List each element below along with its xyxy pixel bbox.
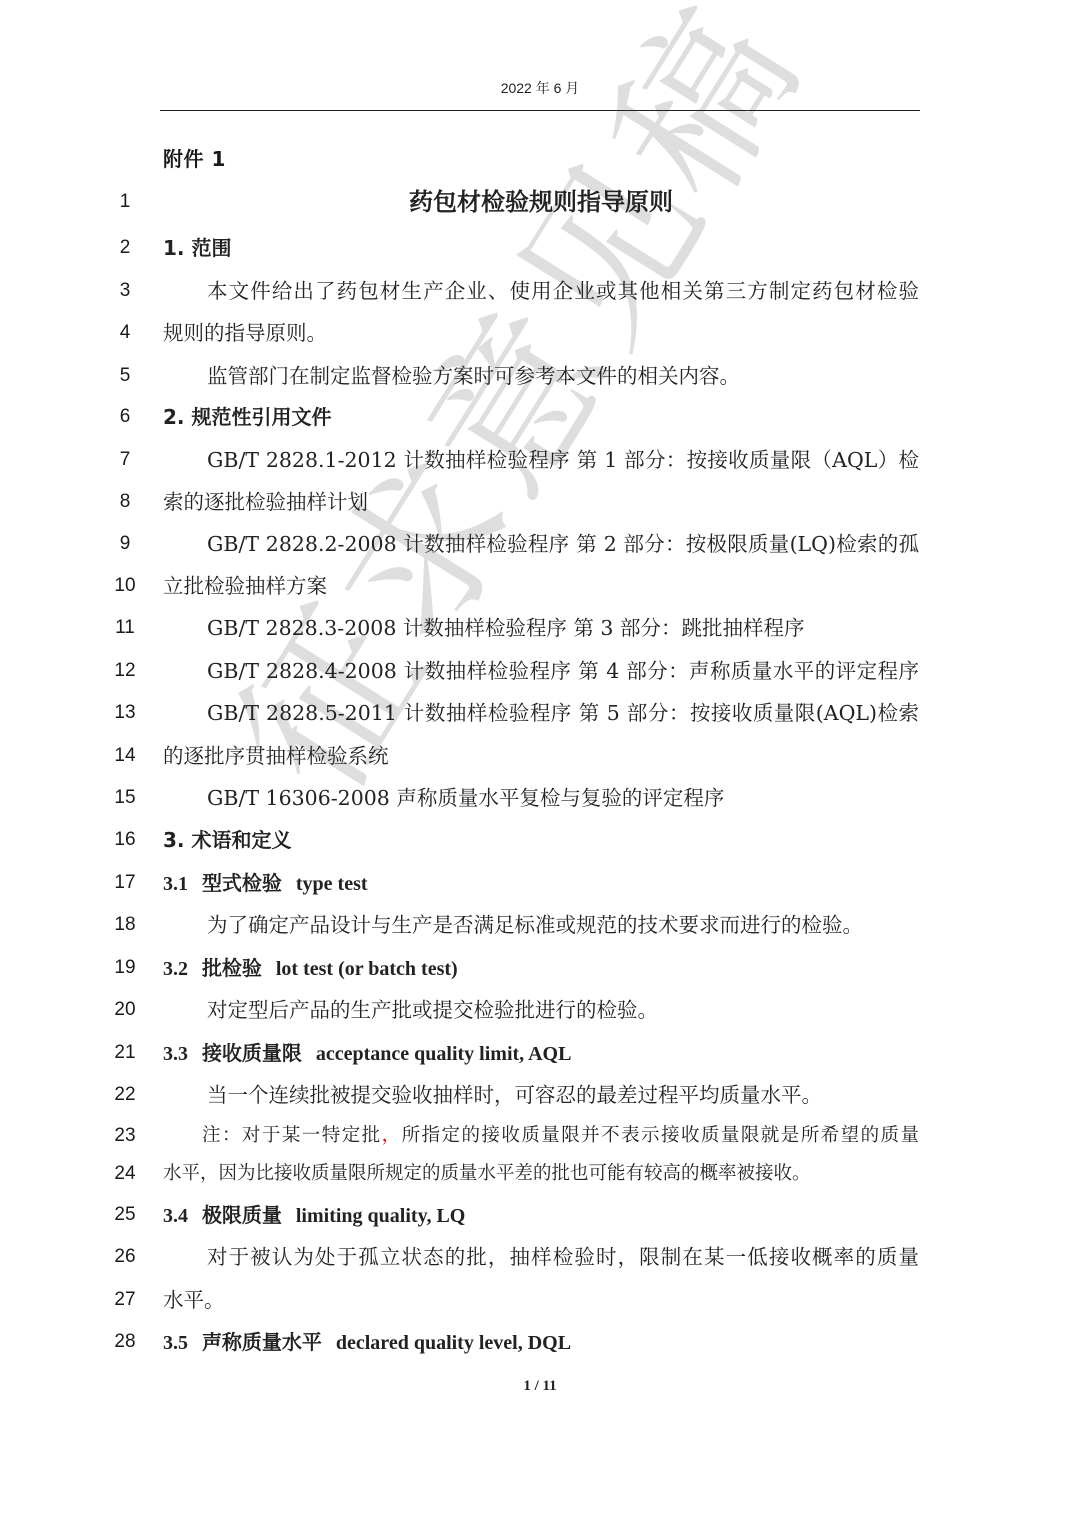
reference-text: GB/T 16306-2008 声称质量水平复检与复验的评定程序 xyxy=(207,783,919,813)
reference-text: 的逐批序贯抽样检验系统 xyxy=(163,741,919,771)
term-heading-dql: 3.5 声称质量水平 declared quality level, DQL xyxy=(163,1327,919,1358)
definition-text: 对于被认为处于孤立状态的批，抽样检验时，限制在某一低接收概率的质量 xyxy=(207,1242,919,1272)
line-14: 14 的逐批序贯抽样检验系统 xyxy=(0,741,1080,771)
line-number: 16 xyxy=(100,825,150,855)
line-number: 8 xyxy=(100,487,150,517)
line-number: 28 xyxy=(100,1327,150,1357)
line-3: 3 本文件给出了药包材生产企业、使用企业或其他相关第三方制定药包材检验 xyxy=(0,276,1080,306)
term-heading-type-test: 3.1 型式检验 type test xyxy=(163,868,919,899)
line-27: 27 水平。 xyxy=(0,1285,1080,1315)
line-number: 23 xyxy=(100,1121,150,1151)
paragraph-text: 规则的指导原则。 xyxy=(163,318,919,348)
term-number: 3.5 xyxy=(163,1332,188,1354)
line-24: 24 水平，因为比接收质量限所规定的质量水平差的批也可能有较高的概率被接收。 xyxy=(0,1159,1080,1189)
line-9: 9 GB/T 2828.2-2008 计数抽样检验程序 第 2 部分：按极限质量… xyxy=(0,529,1080,559)
term-zh: 型式检验 xyxy=(202,871,282,895)
line-number: 19 xyxy=(100,953,150,983)
line-26: 26 对于被认为处于孤立状态的批，抽样检验时，限制在某一低接收概率的质量 xyxy=(0,1242,1080,1272)
line-number: 15 xyxy=(100,783,150,813)
line-21: 21 3.3 接收质量限 acceptance quality limit, A… xyxy=(0,1038,1080,1068)
header-date: 2022 年 6 月 xyxy=(0,78,1080,98)
line-number: 22 xyxy=(100,1080,150,1110)
line-5: 5 监管部门在制定监督检验方案时可参考本文件的相关内容。 xyxy=(0,361,1080,391)
term-heading-lot-test: 3.2 批检验 lot test (or batch test) xyxy=(163,953,919,984)
line-18: 18 为了确定产品设计与生产是否满足标准或规范的技术要求而进行的检验。 xyxy=(0,910,1080,940)
term-en: acceptance quality limit, AQL xyxy=(316,1043,572,1065)
definition-text: 当一个连续批被提交验收抽样时，可容忍的最差过程平均质量水平。 xyxy=(207,1080,919,1110)
line-number: 2 xyxy=(100,233,150,263)
reference-text: GB/T 2828.5-2011 计数抽样检验程序 第 5 部分：按接收质量限(… xyxy=(207,698,919,728)
line-25: 25 3.4 极限质量 limiting quality, LQ xyxy=(0,1200,1080,1230)
term-en: declared quality level, DQL xyxy=(336,1332,571,1354)
term-number: 3.2 xyxy=(163,958,188,980)
line-number: 26 xyxy=(100,1242,150,1272)
line-12: 12 GB/T 2828.4-2008 计数抽样检验程序 第 4 部分：声称质量… xyxy=(0,656,1080,686)
highlighted-comma: ， xyxy=(382,1125,402,1146)
line-10: 10 立批检验抽样方案 xyxy=(0,571,1080,601)
page-number: 1 / 11 xyxy=(0,1378,1080,1395)
line-2: 2 1. 范围 xyxy=(0,233,1080,263)
term-zh: 接收质量限 xyxy=(202,1041,302,1065)
line-13: 13 GB/T 2828.5-2011 计数抽样检验程序 第 5 部分：按接收质… xyxy=(0,698,1080,728)
line-4: 4 规则的指导原则。 xyxy=(0,318,1080,348)
term-en: lot test (or batch test) xyxy=(276,958,458,980)
term-zh: 极限质量 xyxy=(202,1203,282,1227)
line-number: 11 xyxy=(100,613,150,643)
definition-text: 为了确定产品设计与生产是否满足标准或规范的技术要求而进行的检验。 xyxy=(207,910,919,940)
term-en: limiting quality, LQ xyxy=(296,1205,465,1227)
line-6: 6 2. 规范性引用文件 xyxy=(0,402,1080,432)
reference-text: GB/T 2828.3-2008 计数抽样检验程序 第 3 部分：跳批抽样程序 xyxy=(207,613,919,643)
section-heading-scope: 1. 范围 xyxy=(163,233,919,263)
document-title: 药包材检验规则指导原则 xyxy=(163,187,919,217)
term-number: 3.1 xyxy=(163,873,188,895)
line-11: 11 GB/T 2828.3-2008 计数抽样检验程序 第 3 部分：跳批抽样… xyxy=(0,613,1080,643)
line-number: 18 xyxy=(100,910,150,940)
line-number: 9 xyxy=(100,529,150,559)
line-number: 1 xyxy=(100,187,150,217)
line-number: 12 xyxy=(100,656,150,686)
line-number: 24 xyxy=(100,1159,150,1189)
line-number: 3 xyxy=(100,276,150,306)
note-text: 注：对于某一特定批，所指定的接收质量限并不表示接收质量限就是所希望的质量 xyxy=(202,1121,919,1151)
line-22: 22 当一个连续批被提交验收抽样时，可容忍的最差过程平均质量水平。 xyxy=(0,1080,1080,1110)
line-8: 8 索的逐批检验抽样计划 xyxy=(0,487,1080,517)
line-number: 6 xyxy=(100,402,150,432)
term-number: 3.3 xyxy=(163,1043,188,1065)
reference-text: GB/T 2828.2-2008 计数抽样检验程序 第 2 部分：按极限质量(L… xyxy=(207,529,919,559)
line-15: 15 GB/T 16306-2008 声称质量水平复检与复验的评定程序 xyxy=(0,783,1080,813)
term-zh: 声称质量水平 xyxy=(202,1330,322,1354)
paragraph-text: 本文件给出了药包材生产企业、使用企业或其他相关第三方制定药包材检验 xyxy=(207,276,919,306)
line-7: 7 GB/T 2828.1-2012 计数抽样检验程序 第 1 部分：按接收质量… xyxy=(0,445,1080,475)
reference-text: GB/T 2828.1-2012 计数抽样检验程序 第 1 部分：按接收质量限（… xyxy=(207,445,919,475)
note-text: 水平，因为比接收质量限所规定的质量水平差的批也可能有较高的概率被接收。 xyxy=(163,1159,919,1189)
line-23: 23 注：对于某一特定批，所指定的接收质量限并不表示接收质量限就是所希望的质量 xyxy=(0,1121,1080,1151)
note-text-part: 所指定的接收质量限并不表示接收质量限就是所希望的质量 xyxy=(402,1125,919,1146)
line-28: 28 3.5 声称质量水平 declared quality level, DQ… xyxy=(0,1327,1080,1357)
line-16: 16 3. 术语和定义 xyxy=(0,825,1080,855)
header-divider xyxy=(160,110,920,111)
document-page: 征求意见稿 2022 年 6 月 附件 1 1 药包材检验规则指导原则 2 1.… xyxy=(0,0,1080,1527)
paragraph-text: 监管部门在制定监督检验方案时可参考本文件的相关内容。 xyxy=(207,361,919,391)
line-number: 20 xyxy=(100,995,150,1025)
term-heading-aql: 3.3 接收质量限 acceptance quality limit, AQL xyxy=(163,1038,919,1069)
line-number: 10 xyxy=(100,571,150,601)
note-text-part: 注：对于某一特定批 xyxy=(202,1125,382,1146)
line-number: 5 xyxy=(100,361,150,391)
line-19: 19 3.2 批检验 lot test (or batch test) xyxy=(0,953,1080,983)
term-en: type test xyxy=(296,873,368,895)
term-zh: 批检验 xyxy=(202,956,262,980)
line-number: 14 xyxy=(100,741,150,771)
definition-text: 水平。 xyxy=(163,1285,919,1315)
line-number: 4 xyxy=(100,318,150,348)
line-1: 1 药包材检验规则指导原则 xyxy=(0,187,1080,217)
line-number: 17 xyxy=(100,868,150,898)
line-number: 27 xyxy=(100,1285,150,1315)
line-number: 7 xyxy=(100,445,150,475)
line-number: 21 xyxy=(100,1038,150,1068)
annex-label: 附件 1 xyxy=(163,143,226,172)
line-20: 20 对定型后产品的生产批或提交检验批进行的检验。 xyxy=(0,995,1080,1025)
line-17: 17 3.1 型式检验 type test xyxy=(0,868,1080,898)
section-heading-terms: 3. 术语和定义 xyxy=(163,825,919,855)
definition-text: 对定型后产品的生产批或提交检验批进行的检验。 xyxy=(207,995,919,1025)
term-number: 3.4 xyxy=(163,1205,188,1227)
line-number: 13 xyxy=(100,698,150,728)
reference-text: GB/T 2828.4-2008 计数抽样检验程序 第 4 部分：声称质量水平的… xyxy=(207,656,919,686)
line-number: 25 xyxy=(100,1200,150,1230)
reference-text: 索的逐批检验抽样计划 xyxy=(163,487,919,517)
term-heading-lq: 3.4 极限质量 limiting quality, LQ xyxy=(163,1200,919,1231)
section-heading-references: 2. 规范性引用文件 xyxy=(163,402,919,432)
reference-text: 立批检验抽样方案 xyxy=(163,571,919,601)
